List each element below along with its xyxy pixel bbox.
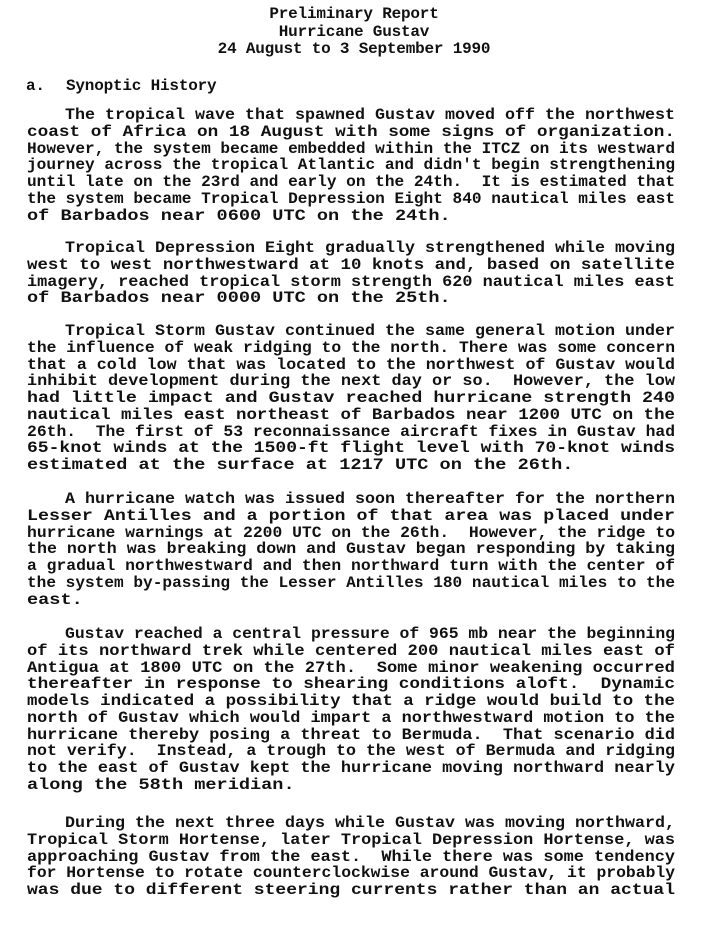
text-line: hurricane warnings at 2200 UTC on the 26… [27,525,677,542]
text-line: of Barbados near 0000 UTC on the 25th. [27,290,677,307]
text-line: that a cold low that was located to the … [27,357,677,374]
text-line: a gradual northwestward and then northwa… [27,558,677,575]
text-line: Tropical Depression Eight gradually stre… [27,240,677,257]
text-line: until late on the 23rd and early on the … [27,174,677,191]
section-title: Synoptic History [66,77,216,95]
text-line: Antigua at 1800 UTC on the 27th. Some mi… [27,660,677,677]
text-line: However, the system became embedded with… [27,141,677,158]
text-line: Lesser Antilles and a portion of that ar… [27,508,677,525]
text-line: north of Gustav which would impart a nor… [27,710,677,727]
section-label: a. [26,77,66,95]
section-heading: a.Synoptic History [26,77,216,95]
text-line: the influence of weak ridging to the nor… [27,340,677,357]
text-line: of Barbados near 0600 UTC on the 24th. [27,208,677,225]
text-line: estimated at the surface at 1217 UTC on … [27,457,677,474]
text-line: models indicated a possibility that a ri… [27,693,677,710]
paragraph: A hurricane watch was issued soon therea… [27,491,677,608]
text-line: 65-knot winds at the 1500-ft flight leve… [27,440,677,457]
paragraph: The tropical wave that spawned Gustav mo… [27,107,677,224]
text-line: west to west northwestward at 10 knots a… [27,257,677,274]
text-line: had little impact and Gustav reached hur… [27,390,677,407]
paragraph: During the next three days while Gustav … [27,815,677,899]
text-line: the system became Tropical Depression Ei… [27,191,677,208]
paragraph: Tropical Storm Gustav continued the same… [27,323,677,474]
report-dates: 24 August to 3 September 1990 [0,41,708,59]
report-header: Preliminary Report Hurricane Gustav 24 A… [0,6,708,59]
text-line: Gustav reached a central pressure of 965… [27,626,677,643]
text-line: for Hortense to rotate counterclockwise … [27,865,677,882]
text-line: hurricane thereby posing a threat to Ber… [27,727,677,744]
text-line: nautical miles east northeast of Barbado… [27,407,677,424]
text-line: 26th. The first of 53 reconnaissance air… [27,424,677,441]
text-line: coast of Africa on 18 August with some s… [27,124,677,141]
text-line: journey across the tropical Atlantic and… [27,157,677,174]
text-line: was due to different steering currents r… [27,882,677,899]
document-page: Preliminary Report Hurricane Gustav 24 A… [0,0,708,938]
paragraph: Tropical Depression Eight gradually stre… [27,240,677,307]
text-line: The tropical wave that spawned Gustav mo… [27,107,677,124]
text-line: along the 58th meridian. [27,777,677,794]
text-line: imagery, reached tropical storm strength… [27,274,677,291]
text-line: During the next three days while Gustav … [27,815,677,832]
text-line: A hurricane watch was issued soon therea… [27,491,677,508]
text-line: inhibit development during the next day … [27,373,677,390]
report-subtitle: Hurricane Gustav [0,24,708,42]
paragraph: Gustav reached a central pressure of 965… [27,626,677,794]
text-line: of its northward trek while centered 200… [27,643,677,660]
text-line: approaching Gustav from the east. While … [27,849,677,866]
text-line: the north was breaking down and Gustav b… [27,541,677,558]
text-line: east. [27,592,677,609]
text-line: to the east of Gustav kept the hurricane… [27,760,677,777]
text-line: thereafter in response to shearing condi… [27,676,677,693]
text-line: not verify. Instead, a trough to the wes… [27,743,677,760]
text-line: Tropical Storm Gustav continued the same… [27,323,677,340]
text-line: Tropical Storm Hortense, later Tropical … [27,832,677,849]
text-line: the system by-passing the Lesser Antille… [27,575,677,592]
report-title: Preliminary Report [0,6,708,24]
